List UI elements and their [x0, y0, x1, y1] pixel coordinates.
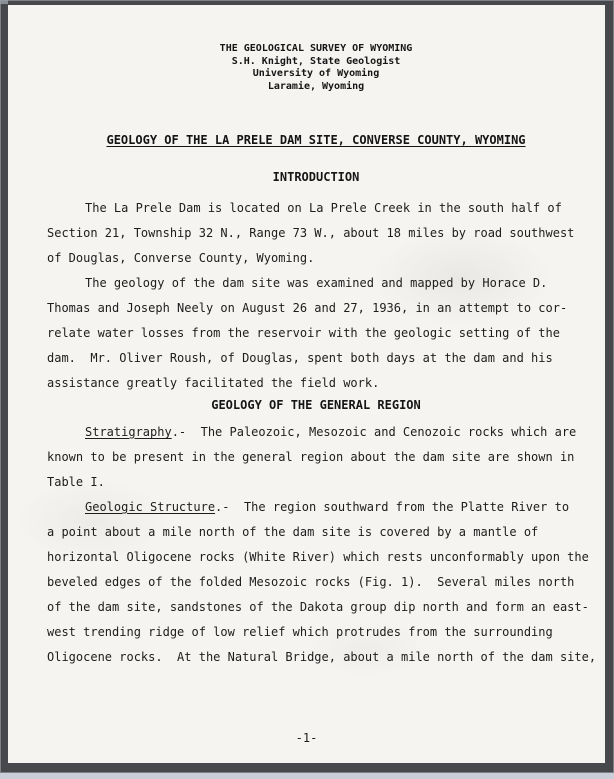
letterhead-geologist: S.H. Knight, State Geologist: [47, 56, 585, 69]
text-line: assistance greatly facilitated the field…: [47, 371, 585, 396]
paragraph-geologic-structure: Geologic Structure.- The region southwar…: [47, 495, 585, 670]
text-line: of the dam site, sandstones of the Dakot…: [47, 595, 585, 620]
text-line: of Douglas, Converse County, Wyoming.: [47, 246, 585, 271]
text-line: Geologic Structure.- The region southwar…: [47, 495, 585, 520]
text-line: known to be present in the general regio…: [47, 445, 585, 470]
scan-corner-artifact: [0, 0, 8, 4]
text-line: a point about a mile north of the dam si…: [47, 520, 585, 545]
text-line: relate water losses from the reservoir w…: [47, 321, 585, 346]
text-line: The La Prele Dam is located on La Prele …: [47, 196, 585, 221]
text-run: .- The region southward from the Platte …: [215, 500, 569, 514]
page-number: -1-: [8, 731, 605, 745]
letterhead: THE GEOLOGICAL SURVEY OF WYOMING S.H. Kn…: [47, 43, 585, 93]
text-line: Section 21, Township 32 N., Range 73 W.,…: [47, 221, 585, 246]
document-title: GEOLOGY OF THE LA PRELE DAM SITE, CONVER…: [47, 133, 585, 148]
text-line: horizontal Oligocene rocks (White River)…: [47, 545, 585, 570]
scanned-document-page: { "document": { "letterhead": { "line1":…: [0, 0, 614, 779]
section-heading-general-region: GEOLOGY OF THE GENERAL REGION: [47, 398, 585, 412]
text-line: west trending ridge of low relief which …: [47, 620, 585, 645]
text-line: Table I.: [47, 470, 585, 495]
geologic-structure-term: Geologic Structure: [85, 500, 215, 514]
text-line: The geology of the dam site was examined…: [47, 271, 585, 296]
text-line: Thomas and Joseph Neely on August 26 and…: [47, 296, 585, 321]
text-line: Oligocene rocks. At the Natural Bridge, …: [47, 645, 585, 670]
text-line: Stratigraphy.- The Paleozoic, Mesozoic a…: [47, 420, 585, 445]
text-line: beveled edges of the folded Mesozoic roc…: [47, 570, 585, 595]
paragraph-dam-location: The La Prele Dam is located on La Prele …: [47, 196, 585, 271]
paragraph-geology-examined: The geology of the dam site was examined…: [47, 271, 585, 396]
document-paper: THE GEOLOGICAL SURVEY OF WYOMING S.H. Kn…: [8, 5, 605, 763]
letterhead-org: THE GEOLOGICAL SURVEY OF WYOMING: [47, 43, 585, 56]
document-content: THE GEOLOGICAL SURVEY OF WYOMING S.H. Kn…: [8, 5, 605, 670]
section-heading-introduction: INTRODUCTION: [47, 170, 585, 184]
letterhead-university: University of Wyoming: [47, 68, 585, 81]
letterhead-city: Laramie, Wyoming: [47, 81, 585, 94]
paragraph-stratigraphy: Stratigraphy.- The Paleozoic, Mesozoic a…: [47, 420, 585, 495]
stratigraphy-term: Stratigraphy: [85, 425, 172, 439]
text-run: .- The Paleozoic, Mesozoic and Cenozoic …: [172, 425, 577, 439]
scan-border-frame: THE GEOLOGICAL SURVEY OF WYOMING S.H. Kn…: [0, 0, 614, 773]
text-line: dam. Mr. Oliver Roush, of Douglas, spent…: [47, 346, 585, 371]
